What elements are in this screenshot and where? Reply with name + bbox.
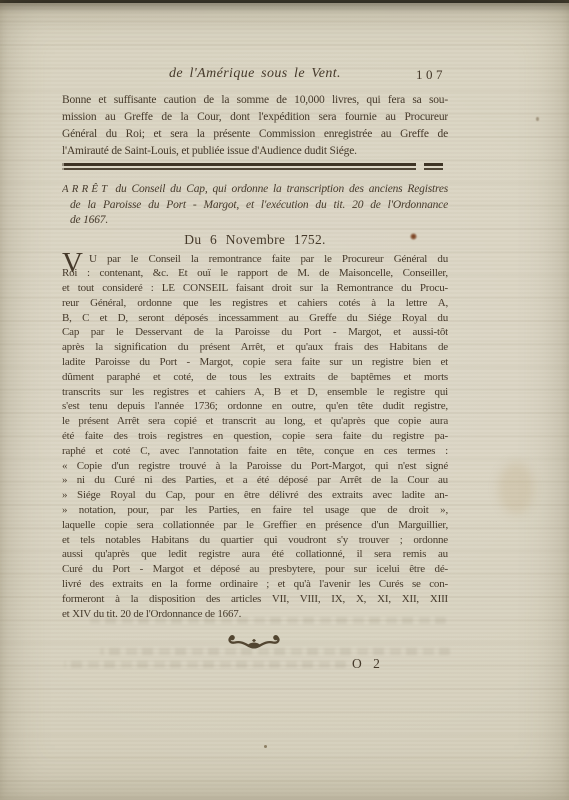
date-heading: Du 6 Novembre 1752. (62, 232, 448, 248)
page-number: 107 (416, 67, 446, 83)
text-line: Bonne et suffisante caution de la somme … (62, 92, 448, 109)
bleedthrough-ghost (64, 661, 346, 668)
arret-heading: ARRÊTdu Conseil du Cap, qui ordonne la t… (62, 182, 448, 229)
text-line: et tels notables Habitans du quartier qu… (62, 533, 448, 548)
body-paragraph: V U par le Conseil la remontrance faite … (62, 252, 448, 622)
scanned-book-page: de l'Amérique sous le Vent. 107 Bonne et… (0, 0, 569, 800)
text-line: reur Général, ordonne que les registres … (62, 296, 448, 311)
text-line: « Copie d'un registre trouvé à la Parois… (62, 459, 448, 474)
body-first-line: U par le Conseil la remontrance faite pa… (62, 252, 448, 267)
paper-speck (536, 117, 539, 121)
divider-rule-thick (62, 163, 443, 166)
divider-rule-thin (62, 168, 443, 169)
text-line: et tout consideré : LE CONSEIL faisant d… (62, 281, 448, 296)
text-line: transcrits sur les registres et cahiers … (62, 385, 448, 400)
text-line: le présent Arrêt sera copié et transcrit… (62, 414, 448, 429)
paper-speck (264, 745, 267, 748)
text-line: été faite des trois registres en questio… (62, 429, 448, 444)
intro-paragraph: Bonne et suffisante caution de la somme … (62, 92, 448, 160)
drop-cap-initial: V (62, 249, 83, 277)
text-line: » notation, pour, par les Parties, en fa… (62, 503, 448, 518)
text-line: Cap par le Desservant de la Paroisse du … (62, 325, 448, 340)
text-block: de l'Amérique sous le Vent. 107 Bonne et… (62, 66, 448, 621)
text-line: de 1667. (62, 213, 448, 229)
text-line: laquelle copie sera collationnée par le … (62, 518, 448, 533)
text-line: mission au Greffe de la Cour, dont l'exp… (62, 109, 448, 126)
text-line: formeront à la disposition des articles … (62, 592, 448, 607)
ink-stain-dot (410, 233, 417, 240)
bleedthrough-ghost (90, 617, 446, 624)
text-line: livré des extraits en la forme ordinaire… (62, 577, 448, 592)
text-line: s'est tenu depuis l'année 1736; ordonne … (62, 399, 448, 414)
text-line: » Siége Royal du Cap, pour en être déliv… (62, 488, 448, 503)
paper-stain-smudge (498, 462, 534, 514)
text-line: raphé et coté C, avec l'annotation faite… (62, 444, 448, 459)
text-line: aussi qu'après que ledit registre aura é… (62, 547, 448, 562)
text-line: ladite Paroisse du Port - Margot, copie … (62, 355, 448, 370)
body-first-line-text: U par le Conseil la remontrance faite pa… (89, 253, 448, 265)
text-line: après la signification du présent Arrêt,… (62, 340, 448, 355)
text-line: l'Amirauté de Saint-Louis, et publiée is… (62, 143, 448, 160)
signature-mark: O 2 (352, 656, 384, 672)
arret-keyword: ARRÊT (62, 183, 110, 195)
running-header-title: de l'Amérique sous le Vent. (62, 66, 448, 82)
text-line: Roi : contenant, &c. Et ouï le rapport d… (62, 266, 448, 281)
text-line: B, C et D, seront déposés incessamment a… (62, 311, 448, 326)
bleedthrough-ghost (100, 648, 450, 655)
arret-heading-text: du Conseil du Cap, qui ordonne la transc… (115, 183, 448, 195)
text-line: Général du Roi; et sera la présente Comm… (62, 126, 448, 143)
page-top-shadow (0, 3, 569, 13)
arret-heading-first-line: ARRÊTdu Conseil du Cap, qui ordonne la t… (62, 182, 448, 198)
running-header: de l'Amérique sous le Vent. 107 (62, 66, 448, 86)
text-line: de la Paroisse du Port - Margot, et l'ex… (62, 198, 448, 214)
text-line: » ni du Curé ni des Parties, et a été dé… (62, 473, 448, 488)
section-divider (62, 163, 448, 171)
text-line: Curé du Port - Margot et déposé au presb… (62, 562, 448, 577)
text-line: dûment paraphé et coté, de tous les extr… (62, 370, 448, 385)
